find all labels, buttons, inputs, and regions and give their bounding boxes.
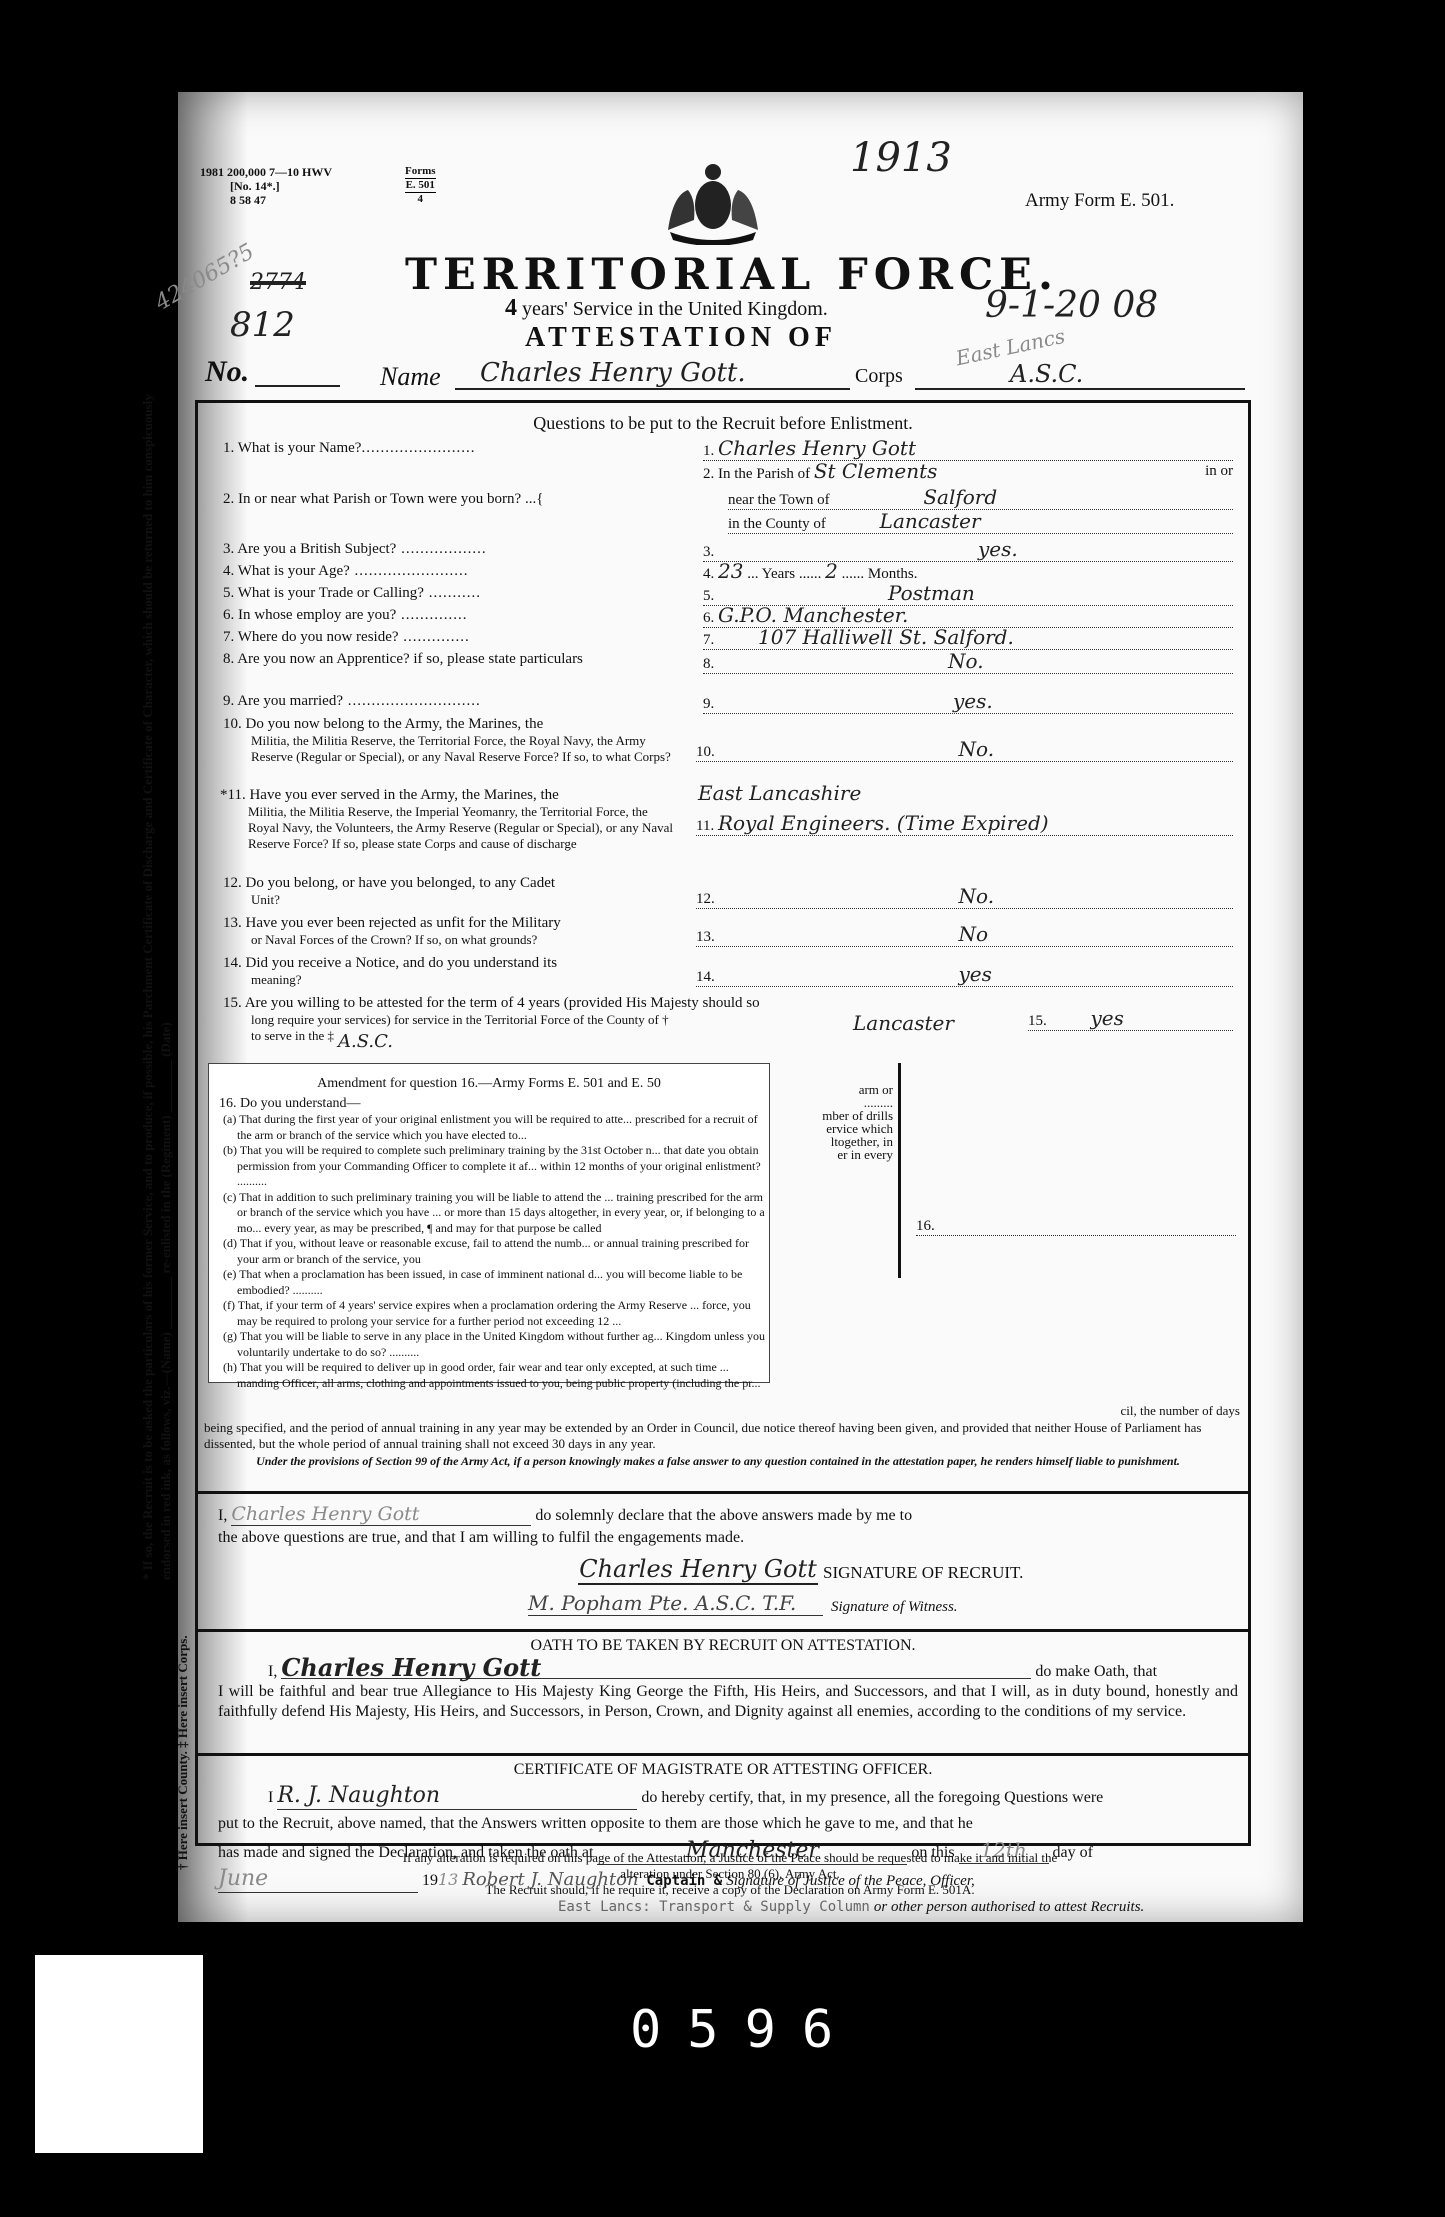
answer-8[interactable]: 8. No. [703,653,1233,674]
attesting-officer-name[interactable]: R. J. Naughton [277,1783,637,1810]
corps-line [915,388,1245,390]
margin-note-endorsement: endorsed in red ink, as follows, viz.—(N… [158,480,174,1580]
archival-label-card [35,1955,203,2153]
form-box: Questions to be put to the Recruit befor… [195,400,1251,1846]
answer-2-town[interactable]: near the Town of Salford [728,489,1233,510]
footer-line: If any alteration is required on this pa… [230,1850,1230,1866]
section-16-amendment: Amendment for question 16.—Army Forms E.… [208,1063,770,1383]
question-1: 1. What is your Name?...................… [223,440,475,457]
question-4: 4. What is your Age? ...................… [223,563,469,580]
item-b: (b) That you will be required to complet… [209,1143,769,1190]
item-f: (f) That, if your term of 4 years' servi… [209,1298,769,1329]
frame-counter: 0596 [630,2000,859,2060]
margin-note-insert: † Here insert County. ‡ Here insert Corp… [175,1270,191,1870]
answer-11[interactable]: 11. Royal Engineers. (Time Expired) [696,815,1233,836]
answer-16[interactable]: 16. [916,1218,1236,1236]
question-9: 9. Are you married? ....................… [223,693,481,710]
question-3: 3. Are you a British Subject? ..........… [223,541,487,558]
item-a: (a) That during the first year of your o… [209,1112,769,1143]
item-d: (d) That if you, without leave or reason… [209,1236,769,1267]
handwritten-date: 9-1-20 08 [985,285,1158,326]
answer-15[interactable]: 15. yes [1028,1010,1233,1031]
divider [198,1629,1248,1632]
margin-note-former-service: * If so, the Recruit is to be asked the … [140,480,156,1580]
forms-code: E. 501 [405,178,436,193]
question-8: 8. Are you now an Apprentice? if so, ple… [223,651,663,668]
false-answer-warning: Under the provisions of Section 99 of th… [218,1454,1218,1469]
answer-13[interactable]: 13. No [696,926,1233,947]
printer-line: [No. 14*.] [200,179,332,193]
amendment-title: Amendment for question 16.—Army Forms E.… [209,1076,769,1092]
declaration: I, Charles Henry Gott do solemnly declar… [218,1503,1238,1549]
divider [198,1753,1248,1756]
oath-name[interactable]: Charles Henry Gott [281,1658,1031,1679]
name-line [455,388,850,390]
serve-corps-answer[interactable]: A.S.C. [338,1031,393,1052]
corps-value[interactable]: A.S.C. [1010,360,1083,388]
years-number: 4 [505,295,517,321]
answer-10[interactable]: 10. No. [696,741,1233,762]
number-line [255,385,340,387]
section-16-right-fragments: arm or......... mber of drillservice whi… [803,1083,893,1161]
army-form-number: Army Form E. 501. [1025,190,1174,212]
certificate-title: CERTIFICATE OF MAGISTRATE OR ATTESTING O… [198,1761,1248,1779]
footer-line: alteration under Section 80 (6), Army Ac… [230,1866,1230,1882]
royal-crest-icon [658,160,768,245]
county-answer[interactable]: Lancaster [853,1011,954,1035]
handwritten-year: 1913 [850,135,952,181]
answer-1[interactable]: 1. Charles Henry Gott [703,440,1233,461]
forms-ref: Forms E. 501 4 [405,165,436,206]
item-e: (e) That when a proclamation has been is… [209,1267,769,1298]
footer-line: The Recruit should, if he require it, re… [230,1882,1230,1898]
recruit-signature-label: SIGNATURE OF RECRUIT. [823,1563,1023,1583]
subtitle-text: years' Service in the United Kingdom. [522,298,828,320]
answer-2-parish[interactable]: 2. In the Parish of St Clements in or [703,463,1233,483]
answer-12[interactable]: 12. No. [696,888,1233,909]
recruit-signature[interactable]: Charles Henry Gott [578,1555,818,1585]
question-13: 13. Have you ever been rejected as unfit… [223,915,678,948]
section-16-divider [898,1063,901,1278]
answer-11-line1[interactable]: East Lancashire [698,785,861,805]
question-10: 10. Do you now belong to the Army, the M… [223,716,678,765]
recruit-number[interactable]: 812 [230,305,295,345]
forms-ref-label: Forms [405,165,436,178]
section-16-continuation: cil, the number of days [1121,1403,1241,1419]
printer-line: 8 58 47 [200,193,332,207]
name-label: Name [380,362,441,392]
recruit-name[interactable]: Charles Henry Gott. [480,358,746,388]
answer-14[interactable]: 14. yes [696,966,1233,987]
witness-signature-label: Signature of Witness. [831,1599,958,1616]
question-7: 7. Where do you now reside? ............… [223,629,470,646]
signature-label: or other person authorised to attest Rec… [874,1899,1144,1915]
question-14: 14. Did you receive a Notice, and do you… [223,955,678,988]
annual-training-text: being specified, and the period of annua… [204,1420,1239,1452]
forms-num: 4 [405,193,436,206]
printer-line: 1981 200,000 7—10 HWV [200,165,332,179]
attestation-heading: ATTESTATION OF [525,322,837,354]
question-5: 5. What is your Trade or Calling? ......… [223,585,481,602]
question-2: 2. In or near what Parish or Town were y… [223,491,543,508]
answer-3[interactable]: 3. yes. [703,541,1233,562]
answer-9[interactable]: 9. yes. [703,693,1233,714]
footer-notes: If any alteration is required on this pa… [230,1850,1230,1898]
witness-signature[interactable]: M. Popham Ptе. A.S.C. T.F. [528,1591,823,1616]
answer-2-county[interactable]: in the County of Lancaster [728,513,1233,534]
question-6: 6. In whose employ are you? ............… [223,607,468,624]
question-16-intro: 16. Do you understand— [209,1096,769,1112]
struck-number: 2774 [250,270,306,295]
divider [198,1491,1248,1494]
questions-title: Questions to be put to the Recruit befor… [198,413,1248,434]
form-title: TERRITORIAL FORCE. [405,250,1059,300]
answer-4[interactable]: 4. 23 ... Years ...... 2 ...... Months. [703,563,1233,583]
corps-label: Corps [855,365,903,388]
item-c: (c) That in addition to such preliminary… [209,1190,769,1237]
question-11: *11. Have you ever served in the Army, t… [220,787,678,852]
printer-imprint: 1981 200,000 7—10 HWV [No. 14*.] 8 58 47 [200,165,332,207]
number-label: No. [205,355,249,389]
question-12: 12. Do you belong, or have you belonged,… [223,875,678,908]
item-g: (g) That you will be liable to serve in … [209,1329,769,1360]
form-subtitle: 4 years' Service in the United Kingdom. [505,295,828,322]
declaration-name[interactable]: Charles Henry Gott [231,1503,531,1526]
answer-7[interactable]: 7. 107 Halliwell St. Salford. [703,629,1233,650]
unit-stamp: East Lancs: Transport & Supply Column [558,1899,870,1915]
item-h: (h) That you will be required to deliver… [209,1360,769,1391]
oath-text: I, Charles Henry Gott do make Oath, that… [218,1658,1238,1722]
